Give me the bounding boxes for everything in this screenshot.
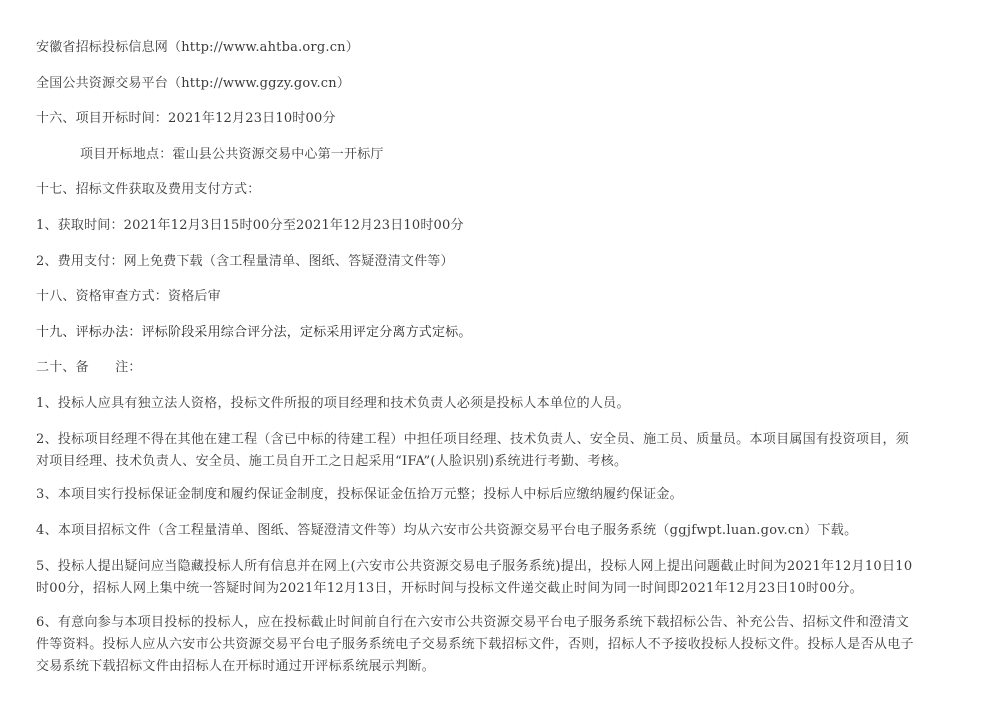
note-1: 1、投标人应具有独立法人资格，投标文件所报的项目经理和技术负责人必须是投标人本单…: [36, 393, 921, 415]
section-16-location: 项目开标地点：霍山县公共资源交易中心第一开标厅: [80, 144, 384, 166]
section-17-item-2: 2、费用支付：网上免费下载（含工程量清单、图纸、答疑澄清文件等）: [36, 251, 454, 273]
section-20-heading: 二十、备 注：: [36, 357, 142, 379]
link-ahtba: 安徽省招标投标信息网（http://www.ahtba.org.cn）: [36, 37, 359, 59]
section-16-time: 十六、项目开标时间：2021年12月23日10时00分: [36, 108, 336, 130]
section-19: 十九、评标办法：评标阶段采用综合评分法，定标采用评定分离方式定标。: [36, 322, 472, 344]
note-2: 2、投标项目经理不得在其他在建工程（含已中标的待建工程）中担任项目经理、技术负责…: [36, 429, 921, 473]
section-18: 十八、资格审查方式：资格后审: [36, 286, 221, 308]
note-5: 5、投标人提出疑问应当隐藏投标人所有信息并在网上(六安市公共资源交易电子服务系统…: [36, 556, 921, 600]
link-ggzy: 全国公共资源交易平台（http://www.ggzy.gov.cn）: [36, 73, 350, 95]
section-17-heading: 十七、招标文件获取及费用支付方式：: [36, 179, 260, 201]
note-3: 3、本项目实行投标保证金制度和履约保证金制度，投标保证金伍拾万元整；投标人中标后…: [36, 484, 921, 506]
section-17-item-1: 1、获取时间：2021年12月3日15时00分至2021年12月23日10时00…: [36, 215, 464, 237]
note-4: 4、本项目招标文件（含工程量清单、图纸、答疑澄清文件等）均从六安市公共资源交易平…: [36, 520, 921, 542]
note-6: 6、有意向参与本项目投标的投标人，应在投标截止时间前自行在六安市公共资源交易平台…: [36, 612, 921, 678]
